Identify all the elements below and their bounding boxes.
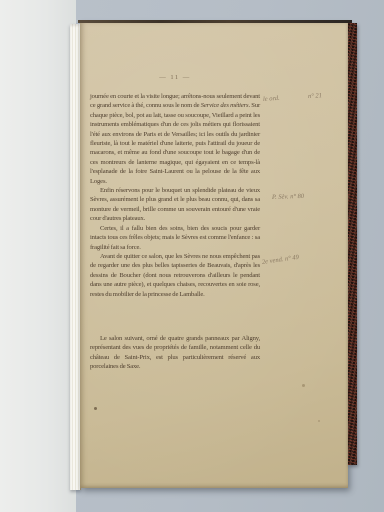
- photo-of-book: — 11 — journée en courte et la visite lo…: [0, 0, 384, 512]
- foxing-spot: [302, 384, 305, 387]
- paragraph: Avant de quitter ce salon, que les Sèvre…: [90, 252, 260, 299]
- book-top-edge: [78, 20, 352, 23]
- foxing-spot: [318, 420, 320, 422]
- backdrop-left: [0, 0, 76, 512]
- marbled-board-edge: [348, 23, 357, 465]
- paragraph: Certes, il a fallu bien des soins, bien …: [90, 224, 260, 252]
- pencil-annotation-2: P. Sèv. n° 80: [272, 193, 304, 201]
- pencil-annotation-1: le ord.: [263, 95, 280, 103]
- book-page: — 11 — journée en courte et la visite lo…: [80, 22, 348, 488]
- text-block: journée en courte et la visite longue; a…: [90, 92, 260, 372]
- paragraph: Enfin réservons pour le bouquet un splen…: [90, 186, 260, 224]
- foxing-spot: [94, 407, 97, 410]
- page-number: — 11 —: [90, 74, 260, 81]
- paragraph: journée en courte et la visite longue; a…: [90, 92, 260, 186]
- paragraph: Le salon suivant, orné de quatre grands …: [90, 334, 260, 372]
- book: — 11 — journée en courte et la visite lo…: [70, 20, 358, 492]
- pencil-annotation-1-ref: n° 21: [308, 92, 322, 100]
- pencil-annotation-3: 2e vend. n° 49: [262, 254, 300, 266]
